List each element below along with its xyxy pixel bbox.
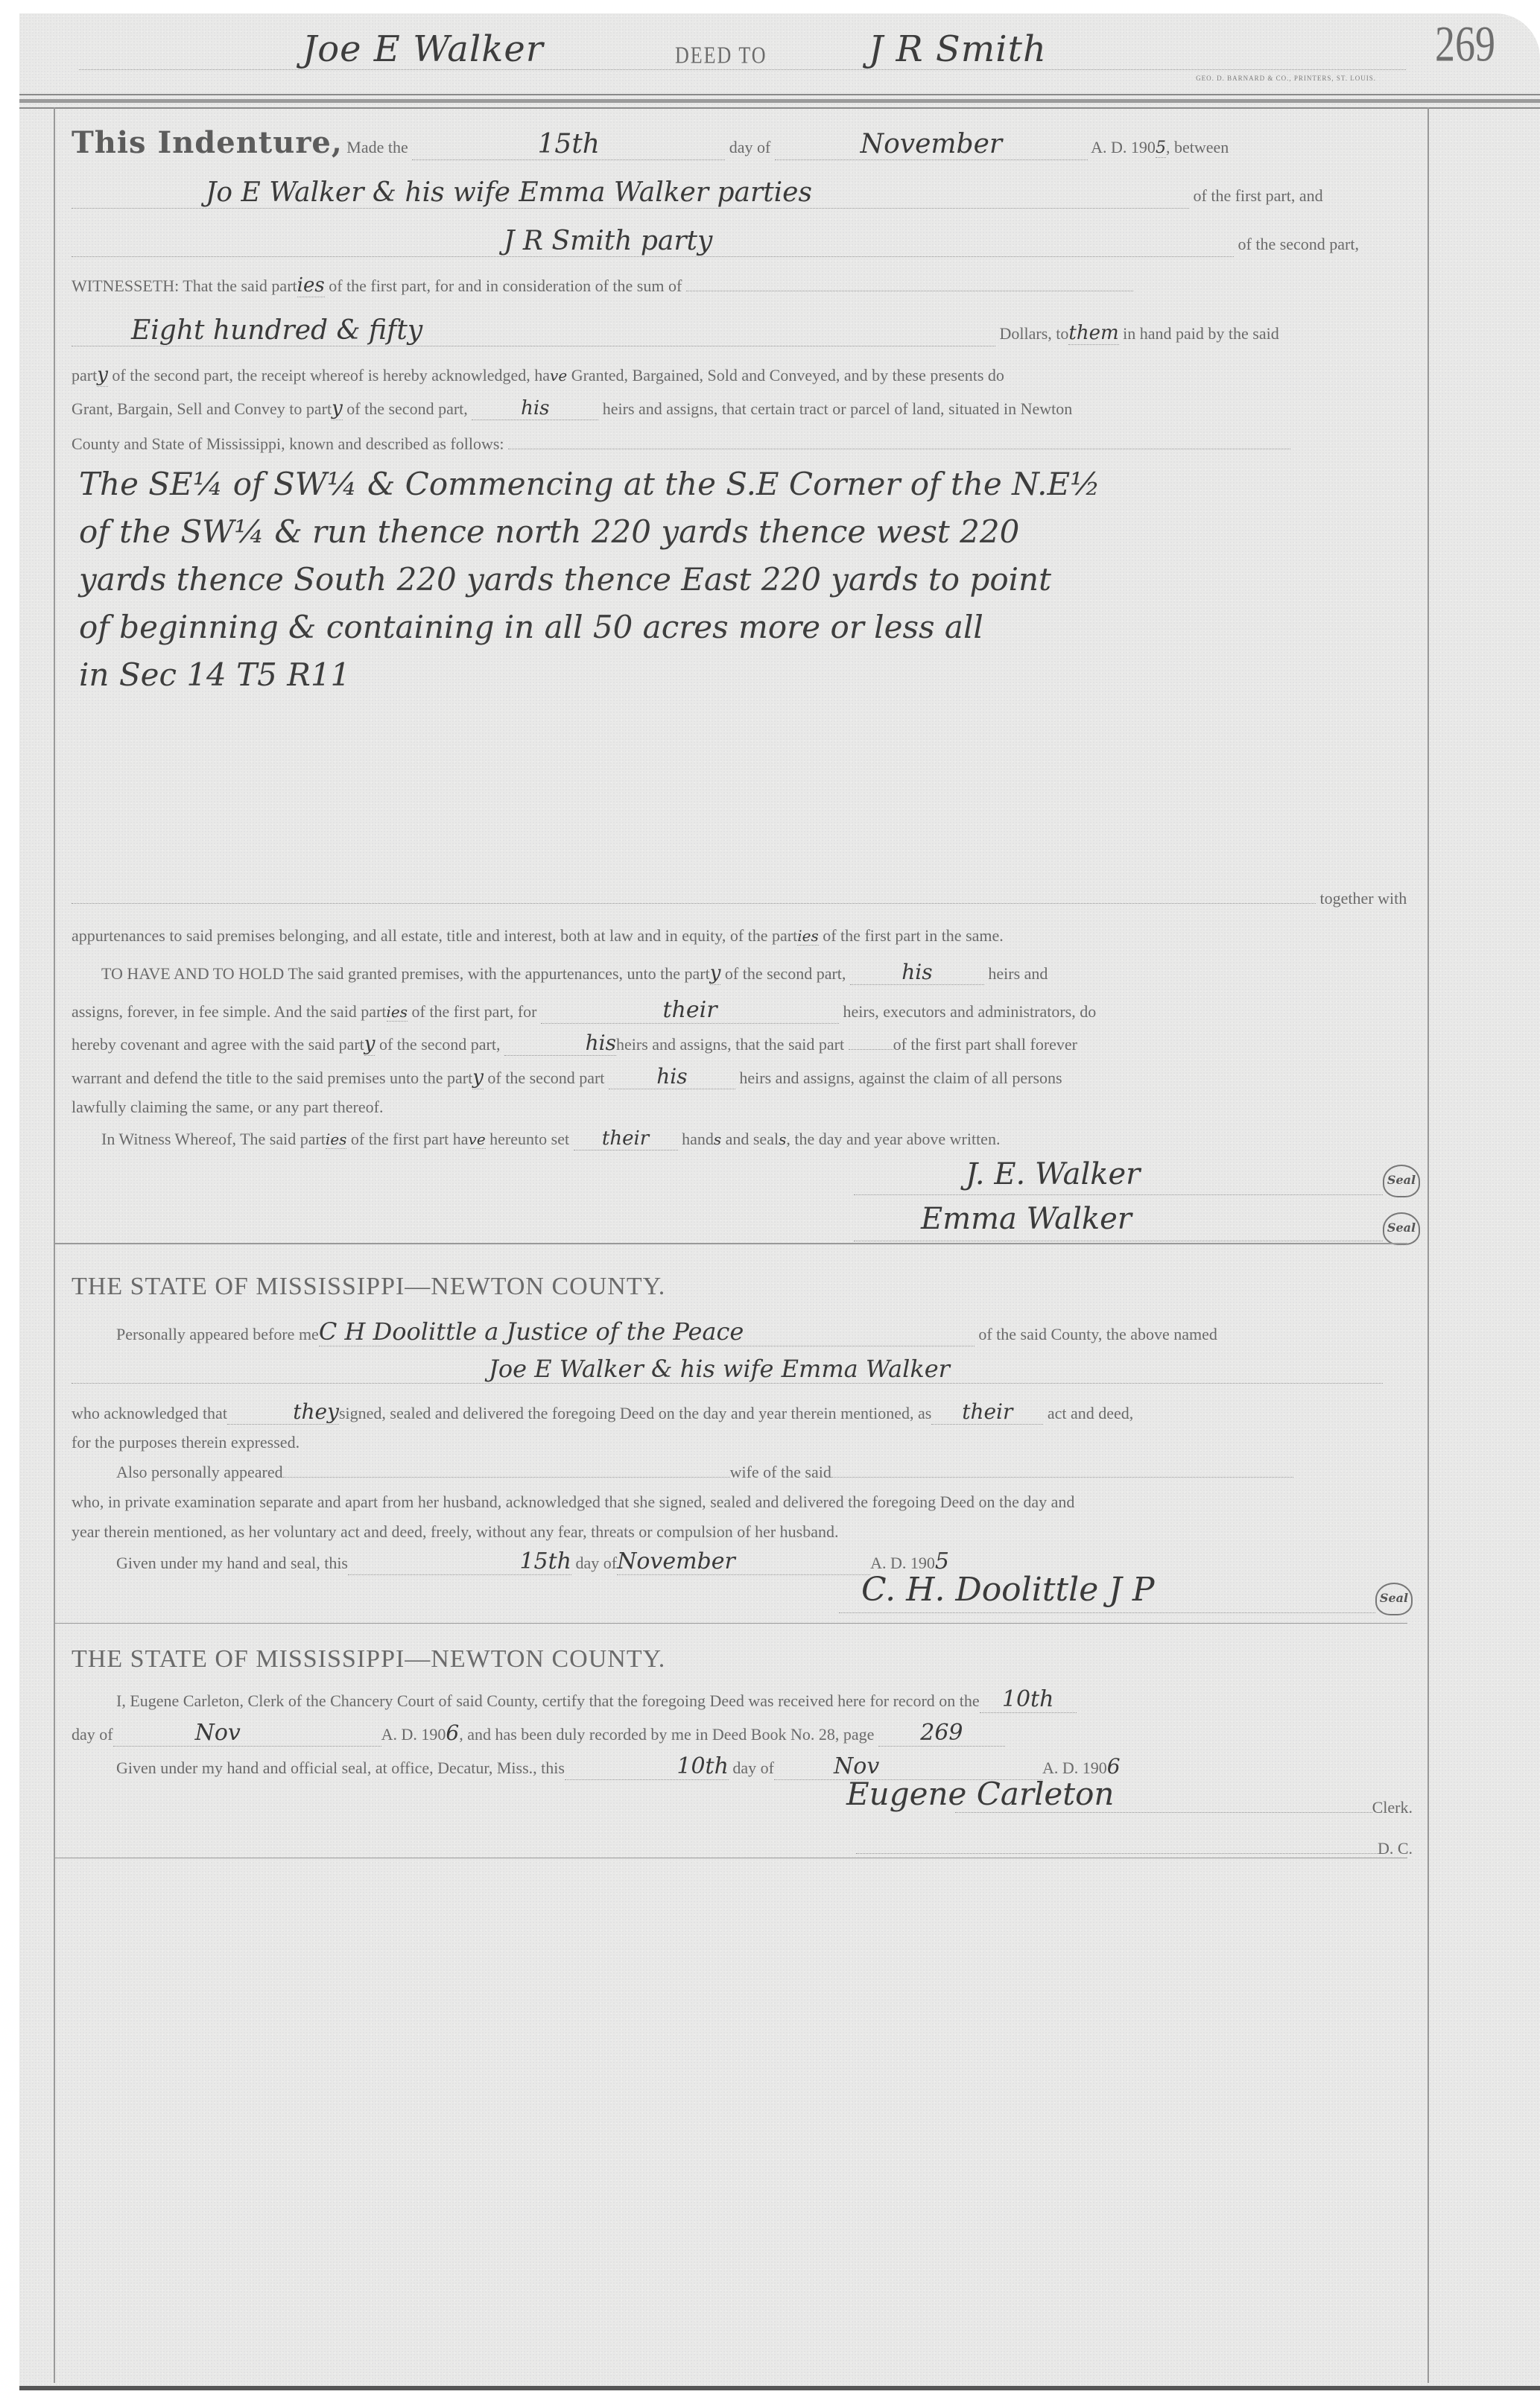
label: together with (1320, 889, 1407, 908)
field: his (472, 397, 598, 420)
habendum-line-5: warrant and defend the title to the said… (72, 1064, 1413, 1089)
label: of the second part (487, 1069, 604, 1087)
label: , between (1166, 138, 1229, 156)
label: of the first part, for and in considerat… (329, 276, 682, 295)
clerk-line: Clerk. (817, 1798, 1413, 1817)
land-description: The SE¼ of SW¼ & Commencing at the S.E C… (79, 460, 1398, 699)
label: heirs and (988, 964, 1048, 983)
page-number: 269 (1435, 15, 1495, 73)
ack-line-5: Also personally appearedwife of the said (72, 1463, 1413, 1482)
field: ies (387, 1003, 408, 1022)
page-header: Joe E Walker DEED TO J R Smith 269 GEO. … (19, 13, 1540, 95)
field: ies (797, 927, 819, 946)
signature-line (854, 1241, 1383, 1241)
first-party-line: Jo E Walker & his wife Emma Walker parti… (72, 177, 1413, 209)
witnesseth-line-2: Eight hundred & fifty Dollars, tothem in… (72, 315, 1413, 346)
witnesseth-line-3: party of the second part, the receipt wh… (72, 364, 1413, 387)
label: signed, sealed and delivered the foregoi… (339, 1404, 931, 1422)
field: ies (326, 1130, 347, 1149)
label: day of (732, 1758, 774, 1777)
field: their (574, 1127, 678, 1150)
field: y (710, 962, 721, 985)
month-field: November (775, 129, 1088, 160)
label: A. D. 190 (1042, 1758, 1107, 1777)
label: assigns, forever, in fee simple. And the… (72, 1002, 387, 1021)
label: day of (72, 1725, 113, 1744)
label: In Witness Whereof, The said part (101, 1130, 326, 1148)
field: his (850, 960, 984, 985)
day-field: 15th (412, 129, 725, 160)
habendum-line-6: lawfully claiming the same, or any part … (72, 1098, 1413, 1117)
header-grantee: J R Smith (869, 28, 1047, 70)
field: y (97, 364, 108, 387)
label: hereunto set (489, 1130, 569, 1148)
label: of the second part, (379, 1035, 501, 1054)
label: Also personally appeared (116, 1463, 283, 1481)
label: of the second part, (725, 964, 846, 983)
label: A. D. 190 (381, 1725, 446, 1744)
ack-line-4: for the purposes therein expressed. (72, 1433, 1413, 1452)
cert-line-1: I, Eugene Carleton, Clerk of the Chancer… (72, 1686, 1413, 1713)
field: y (472, 1066, 484, 1089)
ack-line-2: Joe E Walker & his wife Emma Walker (72, 1355, 1413, 1384)
label: Given under my hand and seal, this (116, 1554, 348, 1572)
label: , the day and year above written. (786, 1130, 1000, 1148)
field: y (332, 397, 343, 420)
label: Made the (346, 138, 408, 156)
label: A. D. 190 (1091, 138, 1156, 156)
in-witness-line: In Witness Whereof, The said parties of … (72, 1127, 1413, 1150)
header-dotted-line (79, 69, 1406, 70)
blank (72, 903, 1316, 904)
label: Clerk. (1372, 1798, 1413, 1817)
field: ve (550, 367, 567, 384)
first-party-field: Jo E Walker & his wife Emma Walker parti… (72, 177, 1189, 209)
ack-line-1: Personally appeared before meC H Doolitt… (72, 1317, 1413, 1346)
label: of the first part, and (1194, 186, 1323, 205)
officer-field: C H Doolittle a Justice of the Peace (319, 1317, 975, 1346)
blank (856, 1853, 1378, 1854)
field: his (609, 1064, 735, 1089)
blank (955, 1812, 1372, 1813)
label: and seal (726, 1130, 779, 1148)
header-grantor: Joe E Walker (302, 28, 544, 70)
ack-line-3: who acknowledged thattheysigned, sealed … (72, 1399, 1413, 1425)
blank (283, 1477, 730, 1478)
together-with-line: together with (72, 889, 1413, 908)
label: wife of the said (730, 1463, 831, 1481)
label: of the first part ha (351, 1130, 469, 1148)
field: 6 (446, 1720, 459, 1745)
habendum-line-1: appurtenances to said premises belonging… (72, 926, 1413, 946)
label: Personally appeared before me (116, 1325, 319, 1343)
printer-imprint: GEO. D. BARNARD & CO., PRINTERS, ST. LOU… (1196, 75, 1376, 82)
blank (508, 449, 1290, 449)
field: 10th (565, 1753, 729, 1780)
indenture-title: This Indenture, (72, 125, 343, 160)
label: heirs and assigns, that certain tract or… (603, 399, 1072, 418)
seal-icon: Seal (1383, 1165, 1420, 1197)
label: of the first part shall forever (893, 1035, 1077, 1054)
ack-line-7: year therein mentioned, as her voluntary… (72, 1522, 1413, 1542)
certificate-section: THE STATE OF MISSISSIPPI—NEWTON COUNTY. … (57, 1627, 1427, 1880)
field: s (779, 1130, 786, 1148)
label: of the second part, (1238, 235, 1360, 253)
field: 269 (878, 1720, 1005, 1747)
field: 10th (980, 1686, 1077, 1713)
label: hereby covenant and agree with the said … (72, 1035, 364, 1054)
witnesseth-line-1: WITNESSETH: That the said parties of the… (72, 274, 1413, 297)
named-parties-field: Joe E Walker & his wife Emma Walker (72, 1355, 1383, 1384)
label: heirs, executors and administrators, do (843, 1002, 1097, 1021)
signature-line (839, 1612, 1375, 1613)
label: D. C. (1378, 1839, 1413, 1858)
field: November (617, 1548, 870, 1575)
label: lawfully claiming the same, or any part … (72, 1098, 383, 1116)
sum-field: Eight hundred & fifty (72, 315, 995, 346)
cert-line-2: day ofNovA. D. 1906, and has been duly r… (72, 1720, 1413, 1747)
label: day of (729, 138, 771, 156)
seal-icon: Seal (1375, 1583, 1413, 1615)
label: who acknowledged that (72, 1404, 227, 1422)
field: Nov (113, 1720, 381, 1747)
label: in hand paid by the said (1123, 324, 1279, 343)
label: heirs and assigns, that the said part (616, 1035, 844, 1054)
label: I, Eugene Carleton, Clerk of the Chancer… (116, 1691, 980, 1710)
label: Given under my hand and official seal, a… (116, 1758, 565, 1777)
label: of the first part, for (412, 1002, 537, 1021)
field: y (364, 1033, 376, 1056)
label: TO HAVE AND TO HOLD The said granted pre… (101, 964, 710, 983)
grantor-signatures: J. E. Walker Seal Emma Walker Seal (854, 1150, 1427, 1247)
field: their (931, 1399, 1043, 1425)
acknowledgment-section: THE STATE OF MISSISSIPPI—NEWTON COUNTY. … (57, 1250, 1427, 1615)
field: his (504, 1031, 616, 1056)
label: of the first part in the same. (823, 926, 1004, 945)
seal-icon: Seal (1383, 1212, 1420, 1245)
label: Granted, Bargained, Sold and Conveyed, a… (571, 366, 1004, 384)
header-double-rule (19, 94, 1540, 109)
signature-emma-walker: Emma Walker (921, 1202, 1132, 1236)
frame-left-rule (54, 107, 55, 2383)
field: ve (469, 1130, 486, 1149)
field: they (227, 1399, 339, 1425)
witnesseth-line-4: Grant, Bargain, Sell and Convey to party… (72, 397, 1413, 420)
label: of the second part, the receipt whereof … (112, 366, 550, 384)
label: WITNESSETH: That the said part (72, 276, 297, 295)
label: hand (682, 1130, 714, 1148)
ack-line-6: who, in private examination separate and… (72, 1492, 1413, 1512)
indenture-section: This Indenture, Made the 15th day of Nov… (57, 110, 1427, 1250)
indenture-line: This Indenture, Made the 15th day of Nov… (72, 125, 1413, 160)
signature-line (854, 1194, 1383, 1195)
signature-joe-walker: J. E. Walker (966, 1157, 1140, 1191)
label: appurtenances to said premises belonging… (72, 926, 797, 945)
habendum-line-2: TO HAVE AND TO HOLD The said granted pre… (72, 960, 1413, 985)
section-divider (55, 1858, 1407, 1858)
habendum-line-3: assigns, forever, in fee simple. And the… (72, 997, 1413, 1024)
habendum-line-4: hereby covenant and agree with the said … (72, 1031, 1413, 1056)
acknowledgment-heading: THE STATE OF MISSISSIPPI—NEWTON COUNTY. (72, 1273, 1413, 1301)
blank (686, 291, 1133, 291)
blank (831, 1477, 1293, 1478)
frame-right-rule (1427, 107, 1429, 2383)
label: County and State of Mississippi, known a… (72, 434, 504, 453)
cert-line-3: Given under my hand and official seal, a… (72, 1753, 1413, 1780)
label: heirs and assigns, against the claim of … (739, 1069, 1062, 1087)
label: act and deed, (1048, 1404, 1133, 1422)
certificate-heading: THE STATE OF MISSISSIPPI—NEWTON COUNTY. (72, 1645, 1413, 1674)
deed-page: Joe E Walker DEED TO J R Smith 269 GEO. … (19, 13, 1540, 2390)
label: A. D. 190 (870, 1554, 935, 1572)
second-party-line: J R Smith party of the second part, (72, 226, 1413, 257)
header-deed-to: DEED TO (675, 42, 767, 69)
label: Grant, Bargain, Sell and Convey to part (72, 399, 332, 418)
label: Dollars, to (1000, 324, 1069, 343)
field: s (714, 1130, 721, 1148)
second-party-field: J R Smith party (72, 226, 1234, 257)
field: them (1068, 322, 1118, 345)
witnesseth-line-5: County and State of Mississippi, known a… (72, 434, 1413, 454)
ack-given-line: Given under my hand and seal, this15th d… (72, 1548, 1413, 1575)
dc-line: D. C. (817, 1839, 1413, 1858)
label: part (72, 366, 97, 384)
label: , and has been duly recorded by me in De… (459, 1725, 874, 1744)
blank (849, 1049, 893, 1050)
section-divider (55, 1623, 1407, 1624)
label: of the second part, (346, 399, 468, 418)
label: warrant and defend the title to the said… (72, 1069, 472, 1087)
field: their (541, 997, 839, 1024)
field: 15th (348, 1548, 571, 1575)
year-field: 5 (1156, 139, 1166, 158)
section-divider (55, 1243, 1407, 1244)
justice-signature: C. H. Doolittle J P (861, 1571, 1155, 1609)
field: ies (297, 274, 325, 297)
label: day of (576, 1554, 618, 1572)
label: of the said County, the above named (978, 1325, 1217, 1343)
